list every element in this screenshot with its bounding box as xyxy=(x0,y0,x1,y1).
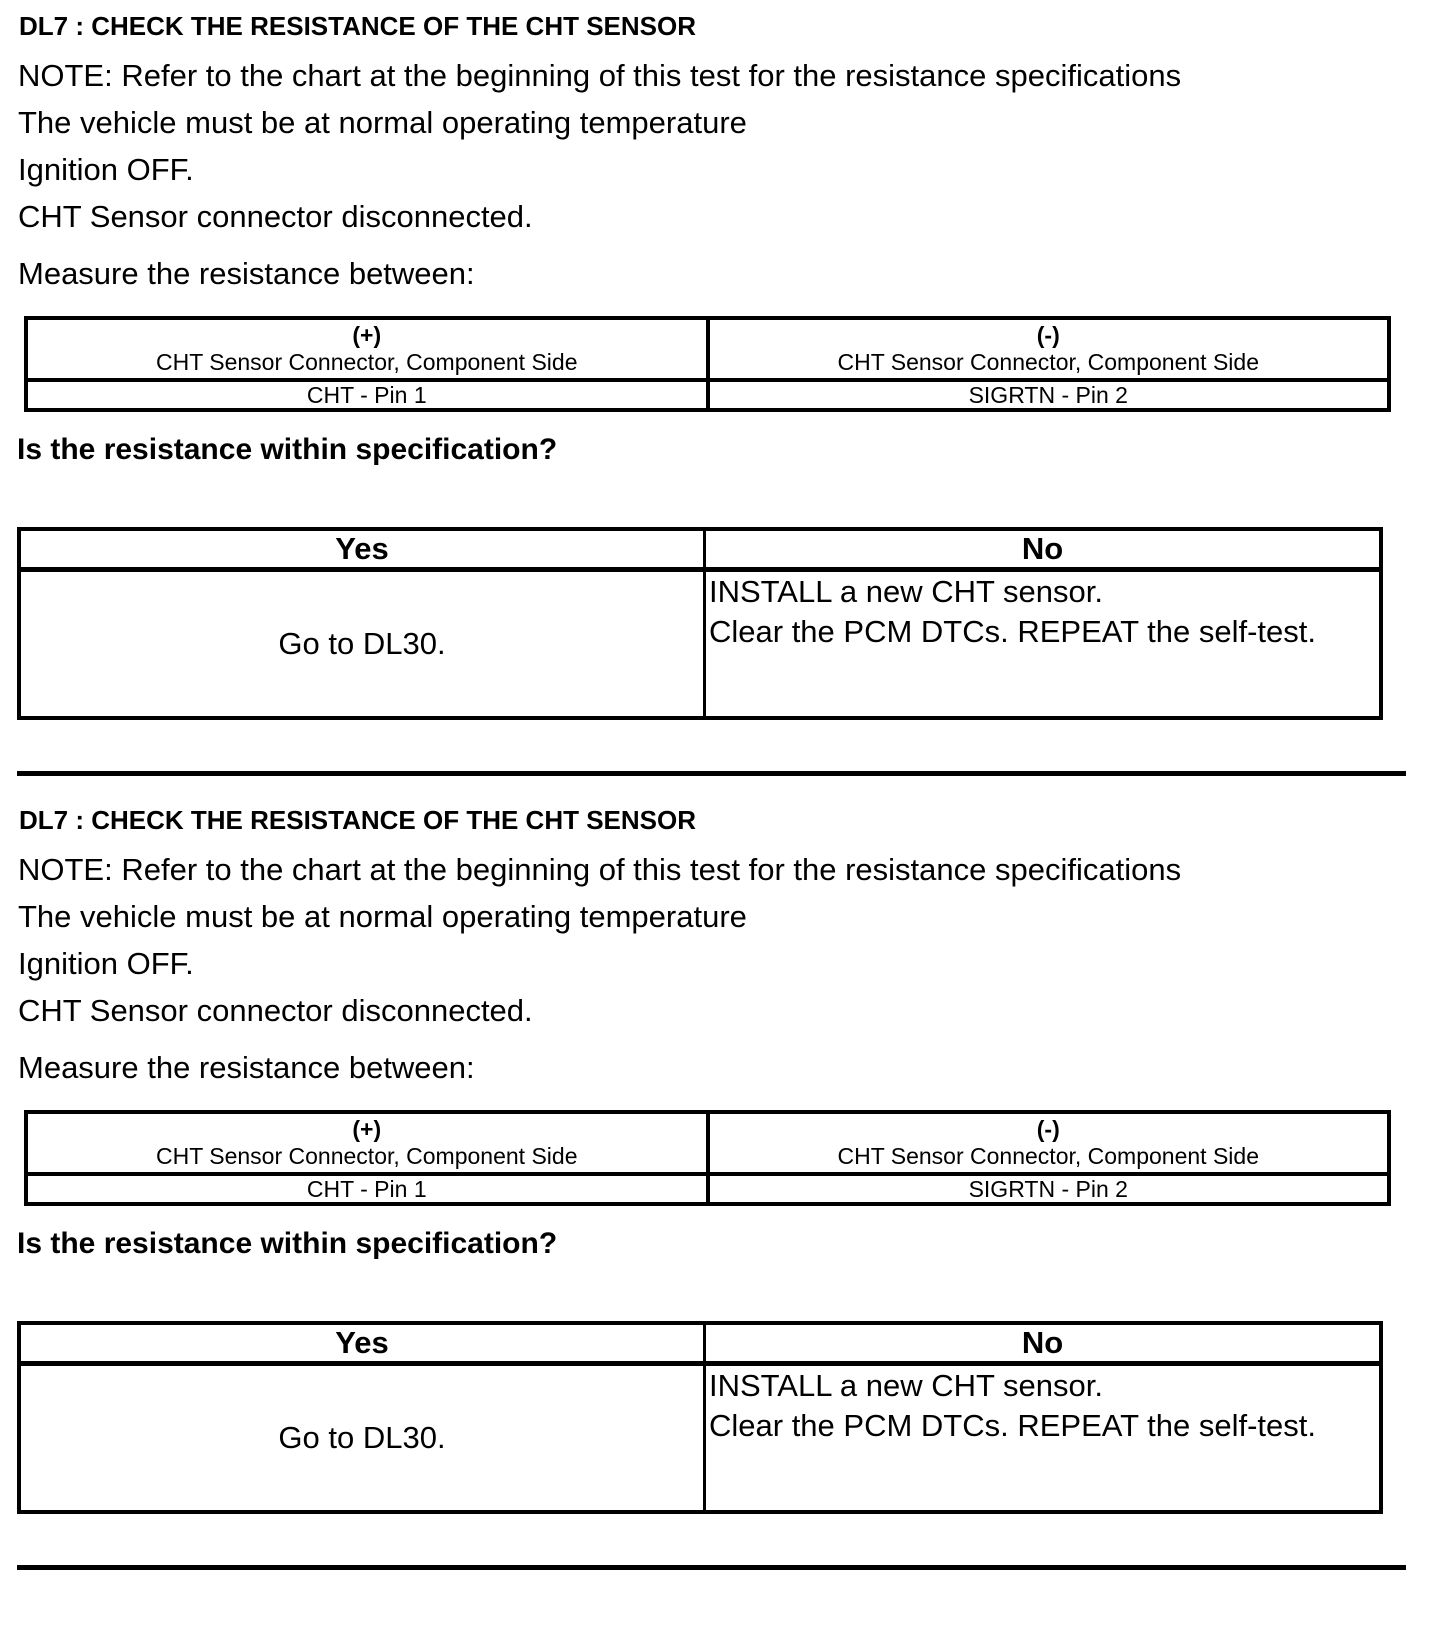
decision-table: Yes No Go to DL30. INSTALL a new CHT sen… xyxy=(17,527,1383,720)
positive-lead-header: (+) CHT Sensor Connector, Component Side xyxy=(26,1112,708,1174)
decision-question: Is the resistance within specification? xyxy=(17,433,557,467)
negative-location: CHT Sensor Connector, Component Side xyxy=(710,1143,1388,1170)
negative-pin: SIGRTN - Pin 2 xyxy=(708,1174,1390,1204)
note-line: NOTE: Refer to the chart at the beginnin… xyxy=(18,58,1181,94)
negative-polarity: (-) xyxy=(710,322,1388,349)
yes-header: Yes xyxy=(19,529,705,570)
no-action: INSTALL a new CHT sensor. Clear the PCM … xyxy=(705,1364,1382,1513)
test-step-section: DL7 : CHECK THE RESISTANCE OF THE CHT SE… xyxy=(0,0,1440,800)
note-line: CHT Sensor connector disconnected. xyxy=(18,199,533,235)
positive-pin: CHT - Pin 1 xyxy=(26,1174,708,1204)
note-line: Ignition OFF. xyxy=(18,946,194,982)
measure-label: Measure the resistance between: xyxy=(18,256,475,292)
negative-lead-header: (-) CHT Sensor Connector, Component Side xyxy=(708,1112,1390,1174)
negative-pin: SIGRTN - Pin 2 xyxy=(708,380,1390,410)
positive-location: CHT Sensor Connector, Component Side xyxy=(28,1143,706,1170)
test-step-section: DL7 : CHECK THE RESISTANCE OF THE CHT SE… xyxy=(0,794,1440,1594)
yes-action: Go to DL30. xyxy=(19,570,705,719)
no-header: No xyxy=(705,529,1382,570)
section-divider xyxy=(17,771,1406,776)
section-divider xyxy=(17,1565,1406,1570)
step-title: DL7 : CHECK THE RESISTANCE OF THE CHT SE… xyxy=(19,11,696,42)
yes-header: Yes xyxy=(19,1323,705,1364)
measurement-table: (+) CHT Sensor Connector, Component Side… xyxy=(24,316,1391,412)
positive-polarity: (+) xyxy=(28,1116,706,1143)
positive-pin: CHT - Pin 1 xyxy=(26,380,708,410)
no-action-line: Clear the PCM DTCs. REPEAT the self-test… xyxy=(709,612,1379,652)
positive-location: CHT Sensor Connector, Component Side xyxy=(28,349,706,376)
yes-action: Go to DL30. xyxy=(19,1364,705,1513)
no-action-line: Clear the PCM DTCs. REPEAT the self-test… xyxy=(709,1406,1379,1446)
note-line: Ignition OFF. xyxy=(18,152,194,188)
no-action-line: INSTALL a new CHT sensor. xyxy=(709,1366,1379,1406)
measurement-table: (+) CHT Sensor Connector, Component Side… xyxy=(24,1110,1391,1206)
decision-question: Is the resistance within specification? xyxy=(17,1227,557,1261)
step-title: DL7 : CHECK THE RESISTANCE OF THE CHT SE… xyxy=(19,805,696,836)
note-line: CHT Sensor connector disconnected. xyxy=(18,993,533,1029)
note-line: The vehicle must be at normal operating … xyxy=(18,105,747,141)
negative-polarity: (-) xyxy=(710,1116,1388,1143)
no-action-line: INSTALL a new CHT sensor. xyxy=(709,572,1379,612)
negative-location: CHT Sensor Connector, Component Side xyxy=(710,349,1388,376)
negative-lead-header: (-) CHT Sensor Connector, Component Side xyxy=(708,318,1390,380)
no-action: INSTALL a new CHT sensor. Clear the PCM … xyxy=(705,570,1382,719)
positive-lead-header: (+) CHT Sensor Connector, Component Side xyxy=(26,318,708,380)
positive-polarity: (+) xyxy=(28,322,706,349)
no-header: No xyxy=(705,1323,1382,1364)
measure-label: Measure the resistance between: xyxy=(18,1050,475,1086)
decision-table: Yes No Go to DL30. INSTALL a new CHT sen… xyxy=(17,1321,1383,1514)
note-line: The vehicle must be at normal operating … xyxy=(18,899,747,935)
note-line: NOTE: Refer to the chart at the beginnin… xyxy=(18,852,1181,888)
